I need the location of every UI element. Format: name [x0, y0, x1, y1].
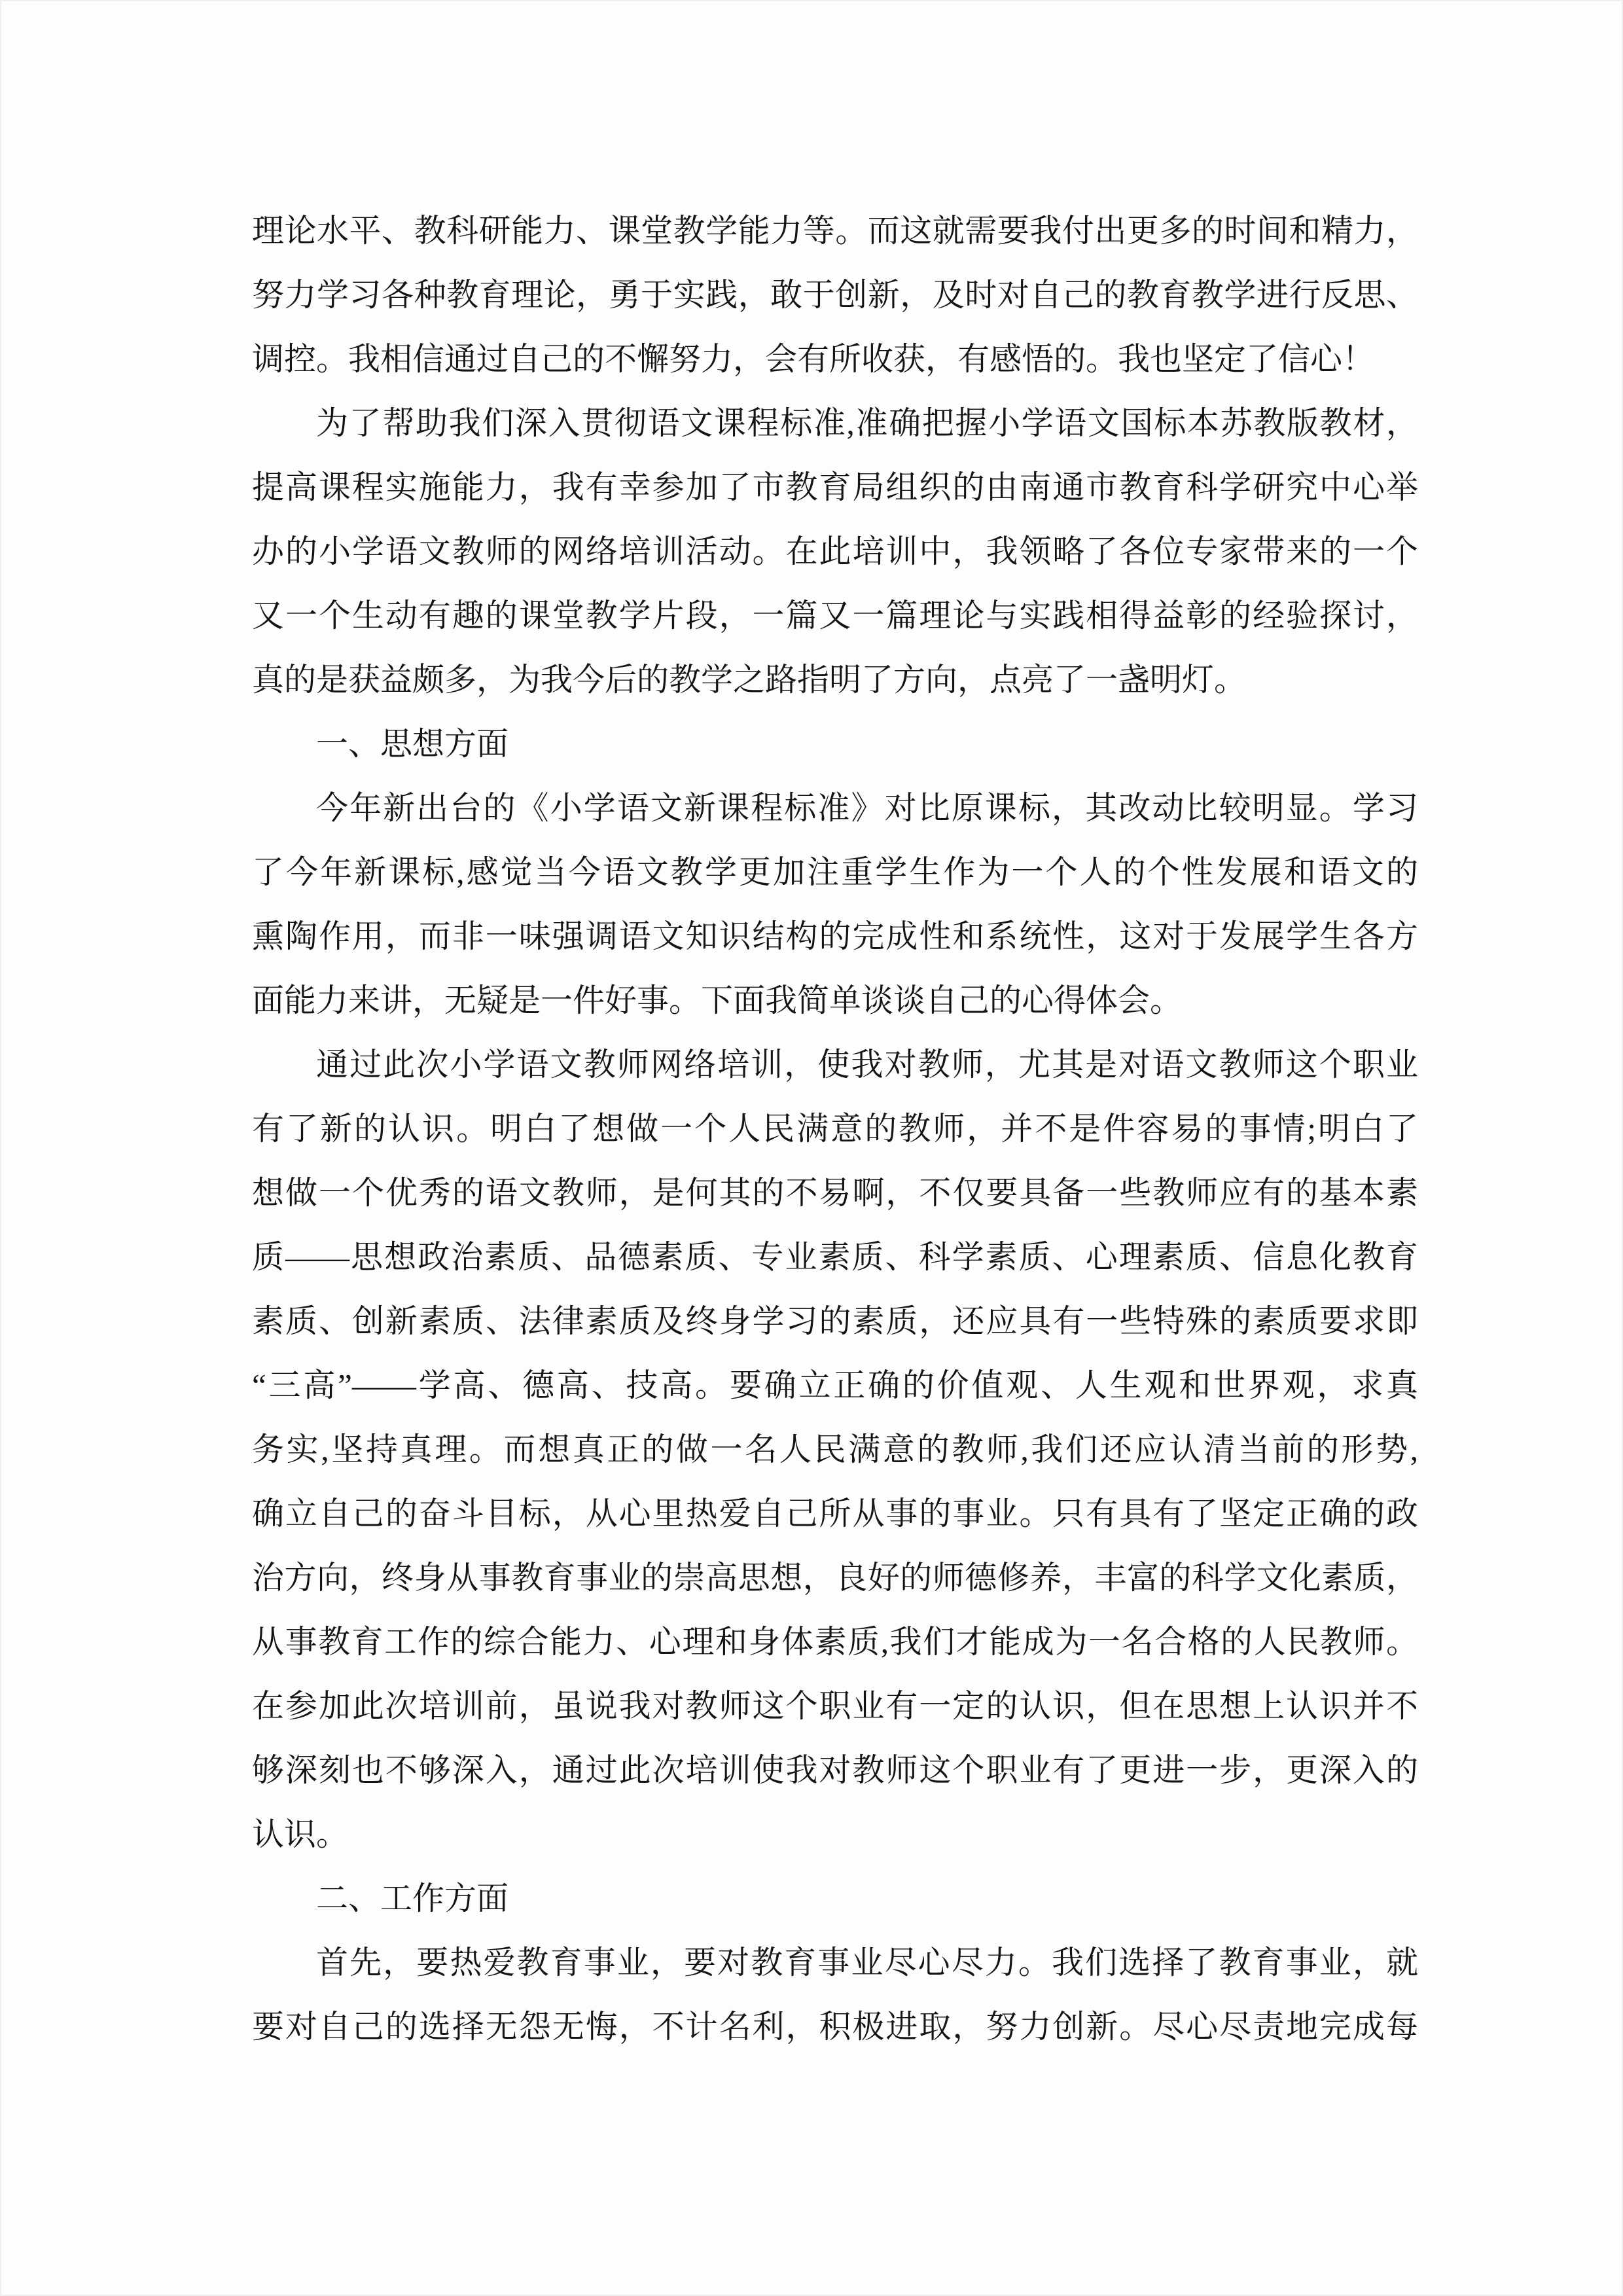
text-line: 今年新出台的《小学语文新课程标准》对比原课标，其改动比较明显。学习 — [252, 776, 1418, 840]
text-line: 调控。我相信通过自己的不懈努力，会有所收获，有感悟的。我也坚定了信心！ — [252, 327, 1418, 391]
text-line: 提高课程实施能力，我有幸参加了市教育局组织的由南通市教育科学研究中心举 — [252, 456, 1418, 520]
text-line: 认识。 — [252, 1803, 1418, 1867]
text-line: 又一个生动有趣的课堂教学片段，一篇又一篇理论与实践相得益彰的经验探讨， — [252, 584, 1418, 648]
text-block: 理论水平、教科研能力、课堂教学能力等。而这就需要我付出更多的时间和精力，努力学习… — [252, 199, 1418, 2059]
text-line: 真的是获益颇多，为我今后的教学之路指明了方向，点亮了一盏明灯。 — [252, 648, 1418, 712]
document-page: 理论水平、教科研能力、课堂教学能力等。而这就需要我付出更多的时间和精力，努力学习… — [0, 0, 1623, 2296]
text-line: 面能力来讲，无疑是一件好事。下面我简单谈谈自己的心得体会。 — [252, 969, 1418, 1033]
text-line: “三高”——学高、德高、技高。要确立正确的价值观、人生观和世界观，求真 — [252, 1354, 1418, 1418]
text-line: 二、工作方面 — [252, 1867, 1418, 1931]
text-line: 了今年新课标,感觉当今语文教学更加注重学生作为一个人的个性发展和语文的 — [252, 840, 1418, 905]
text-line: 要对自己的选择无怨无悔，不计名利，积极进取，努力创新。尽心尽责地完成每 — [252, 1995, 1418, 2059]
text-line: 努力学习各种教育理论，勇于实践，敢于创新，及时对自己的教育教学进行反思、 — [252, 263, 1418, 327]
text-line: 办的小学语文教师的网络培训活动。在此培训中，我领略了各位专家带来的一个 — [252, 520, 1418, 584]
text-line: 一、思想方面 — [252, 712, 1418, 776]
text-line: 在参加此次培训前，虽说我对教师这个职业有一定的认识，但在思想上认识并不 — [252, 1674, 1418, 1738]
text-line: 为了帮助我们深入贯彻语文课程标准,准确把握小学语文国标本苏教版教材， — [252, 391, 1418, 456]
text-line: 熏陶作用，而非一味强调语文知识结构的完成性和系统性，这对于发展学生各方 — [252, 905, 1418, 969]
text-line: 从事教育工作的综合能力、心理和身体素质,我们才能成为一名合格的人民教师。 — [252, 1610, 1418, 1674]
text-line: 理论水平、教科研能力、课堂教学能力等。而这就需要我付出更多的时间和精力， — [252, 199, 1418, 263]
text-line: 素质、创新素质、法律素质及终身学习的素质，还应具有一些特殊的素质要求即 — [252, 1289, 1418, 1354]
text-line: 治方向，终身从事教育事业的崇高思想，良好的师德修养，丰富的科学文化素质， — [252, 1546, 1418, 1610]
text-line: 质——思想政治素质、品德素质、专业素质、科学素质、心理素质、信息化教育 — [252, 1225, 1418, 1289]
text-line: 够深刻也不够深入，通过此次培训使我对教师这个职业有了更进一步，更深入的 — [252, 1738, 1418, 1803]
text-line: 想做一个优秀的语文教师，是何其的不易啊，不仅要具备一些教师应有的基本素 — [252, 1161, 1418, 1225]
text-line: 务实,坚持真理。而想真正的做一名人民满意的教师,我们还应认清当前的形势, — [252, 1418, 1418, 1482]
text-line: 通过此次小学语文教师网络培训，使我对教师，尤其是对语文教师这个职业 — [252, 1033, 1418, 1097]
text-line: 确立自己的奋斗目标，从心里热爱自己所从事的事业。只有具有了坚定正确的政 — [252, 1482, 1418, 1546]
text-line: 有了新的认识。明白了想做一个人民满意的教师，并不是件容易的事情;明白了 — [252, 1097, 1418, 1161]
text-line: 首先，要热爱教育事业，要对教育事业尽心尽力。我们选择了教育事业，就 — [252, 1931, 1418, 1995]
